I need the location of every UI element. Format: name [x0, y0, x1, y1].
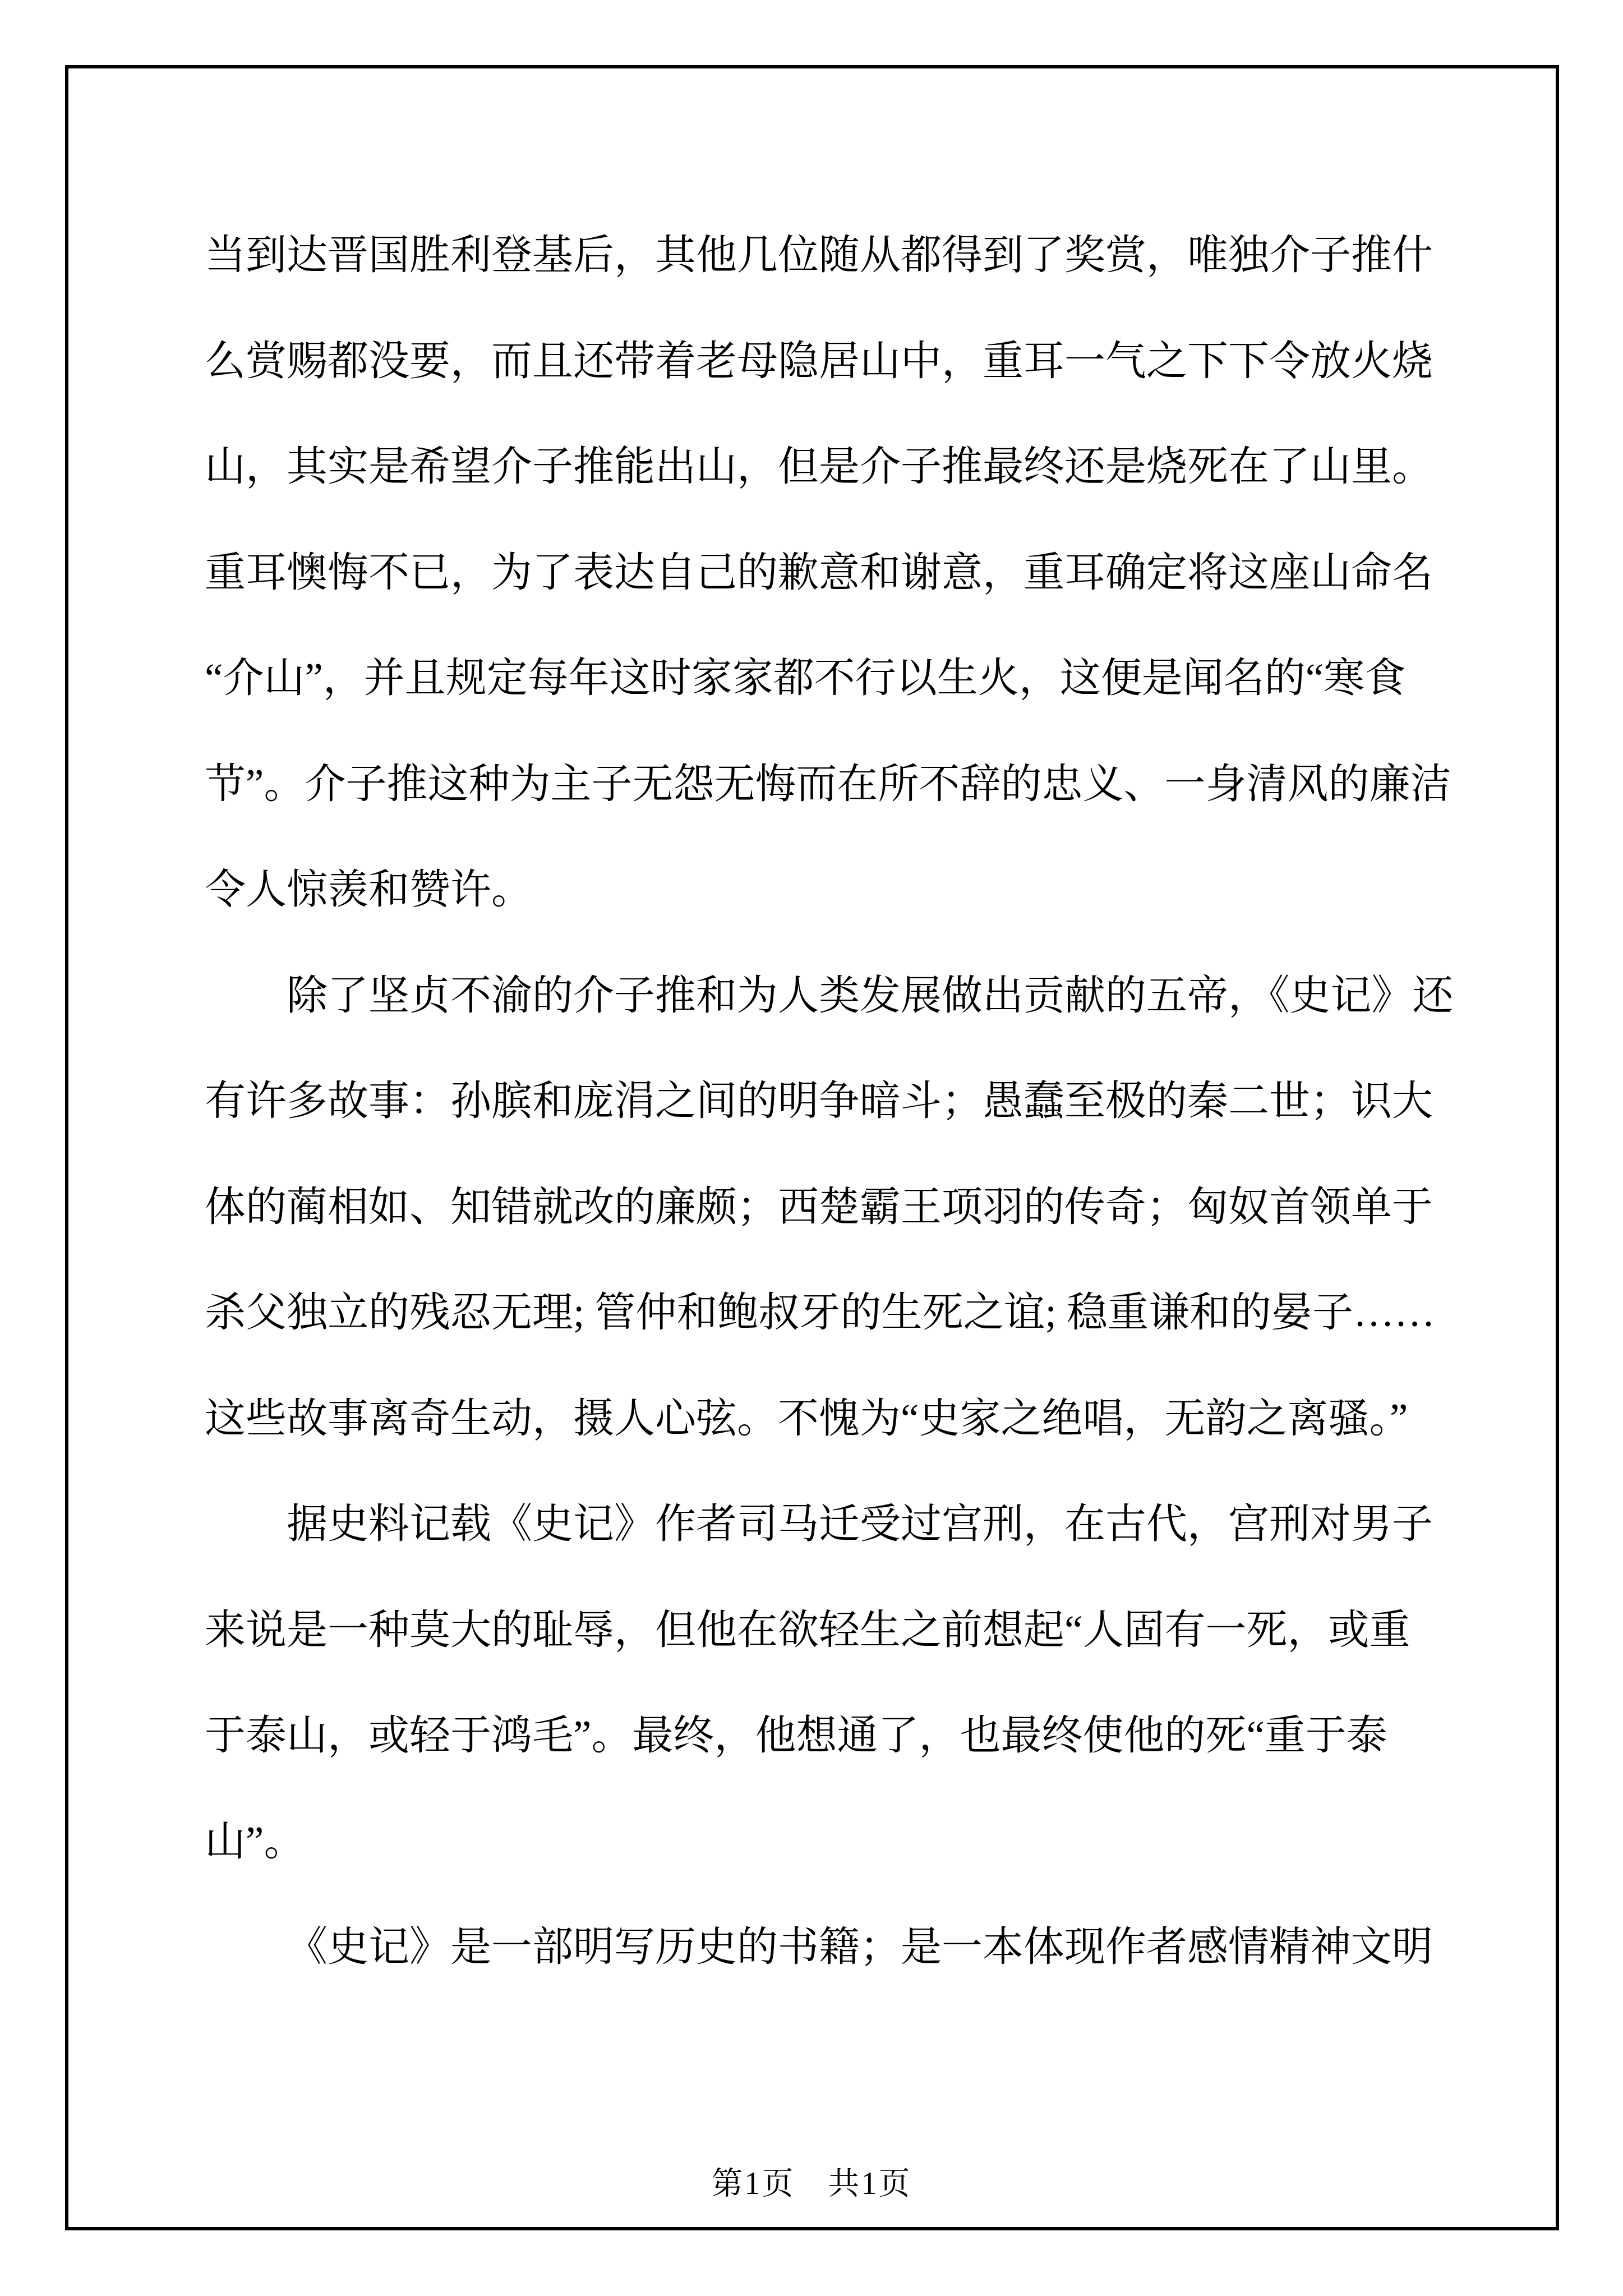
page-number-label: 第1页 共1页 [712, 2166, 912, 2201]
text-line: 来说是一种莫大的耻辱，但他在欲轻生之前想起“人固有一死，或重 [205, 1577, 1427, 1683]
text-line: 么赏赐都没要，而且还带着老母隐居山中，重耳一气之下下令放火烧 [205, 309, 1427, 415]
text-line: 体的蔺相如、知错就改的廉颇；西楚霸王项羽的传奇；匈奴首领单于 [205, 1154, 1427, 1260]
text-line: 山，其实是希望介子推能出山，但是介子推最终还是烧死在了山里。 [205, 414, 1427, 520]
text-line: 杀父独立的残忍无理; 管仲和鲍叔牙的生死之谊; 稳重谦和的晏子…… [205, 1260, 1427, 1366]
text-line: “介山”，并且规定每年这时家家都不行以生火，这便是闻名的“寒食 [205, 625, 1427, 731]
text-line: 令人惊羡和赞许。 [205, 837, 1427, 943]
text-line: 山”。 [205, 1789, 1427, 1895]
text-line: 除了坚贞不渝的介子推和为人类发展做出贡献的五帝，《史记》还 [205, 943, 1427, 1049]
text-line: 这些故事离奇生动，摄人心弦。不愧为“史家之绝唱，无韵之离骚。” [205, 1366, 1427, 1472]
text-line: 节”。介子推这种为主子无怨无悔而在所不辞的忠义、一身清风的廉洁 [205, 731, 1427, 838]
text-line: 当到达晋国胜利登基后，其他几位随从都得到了奖赏，唯独介子推什 [205, 203, 1427, 309]
document-text: 当到达晋国胜利登基后，其他几位随从都得到了奖赏，唯独介子推什么赏赐都没要，而且还… [205, 203, 1427, 2000]
text-line: 有许多故事：孙膑和庞涓之间的明争暗斗；愚蠢至极的秦二世；识大 [205, 1048, 1427, 1154]
text-line: 重耳懊悔不已，为了表达自己的歉意和谢意，重耳确定将这座山命名 [205, 520, 1427, 626]
text-line: 于泰山，或轻于鸿毛”。最终，他想通了，也最终使他的死“重于泰 [205, 1683, 1427, 1789]
text-line: 据史料记载《史记》作者司马迁受过宫刑，在古代，宫刑对男子 [205, 1471, 1427, 1577]
document-page: 当到达晋国胜利登基后，其他几位随从都得到了奖赏，唯独介子推什么赏赐都没要，而且还… [0, 0, 1623, 2296]
text-line: 《史记》是一部明写历史的书籍；是一本体现作者感情精神文明 [205, 1894, 1427, 2000]
page-footer: 第1页 共1页 [0, 2159, 1623, 2203]
